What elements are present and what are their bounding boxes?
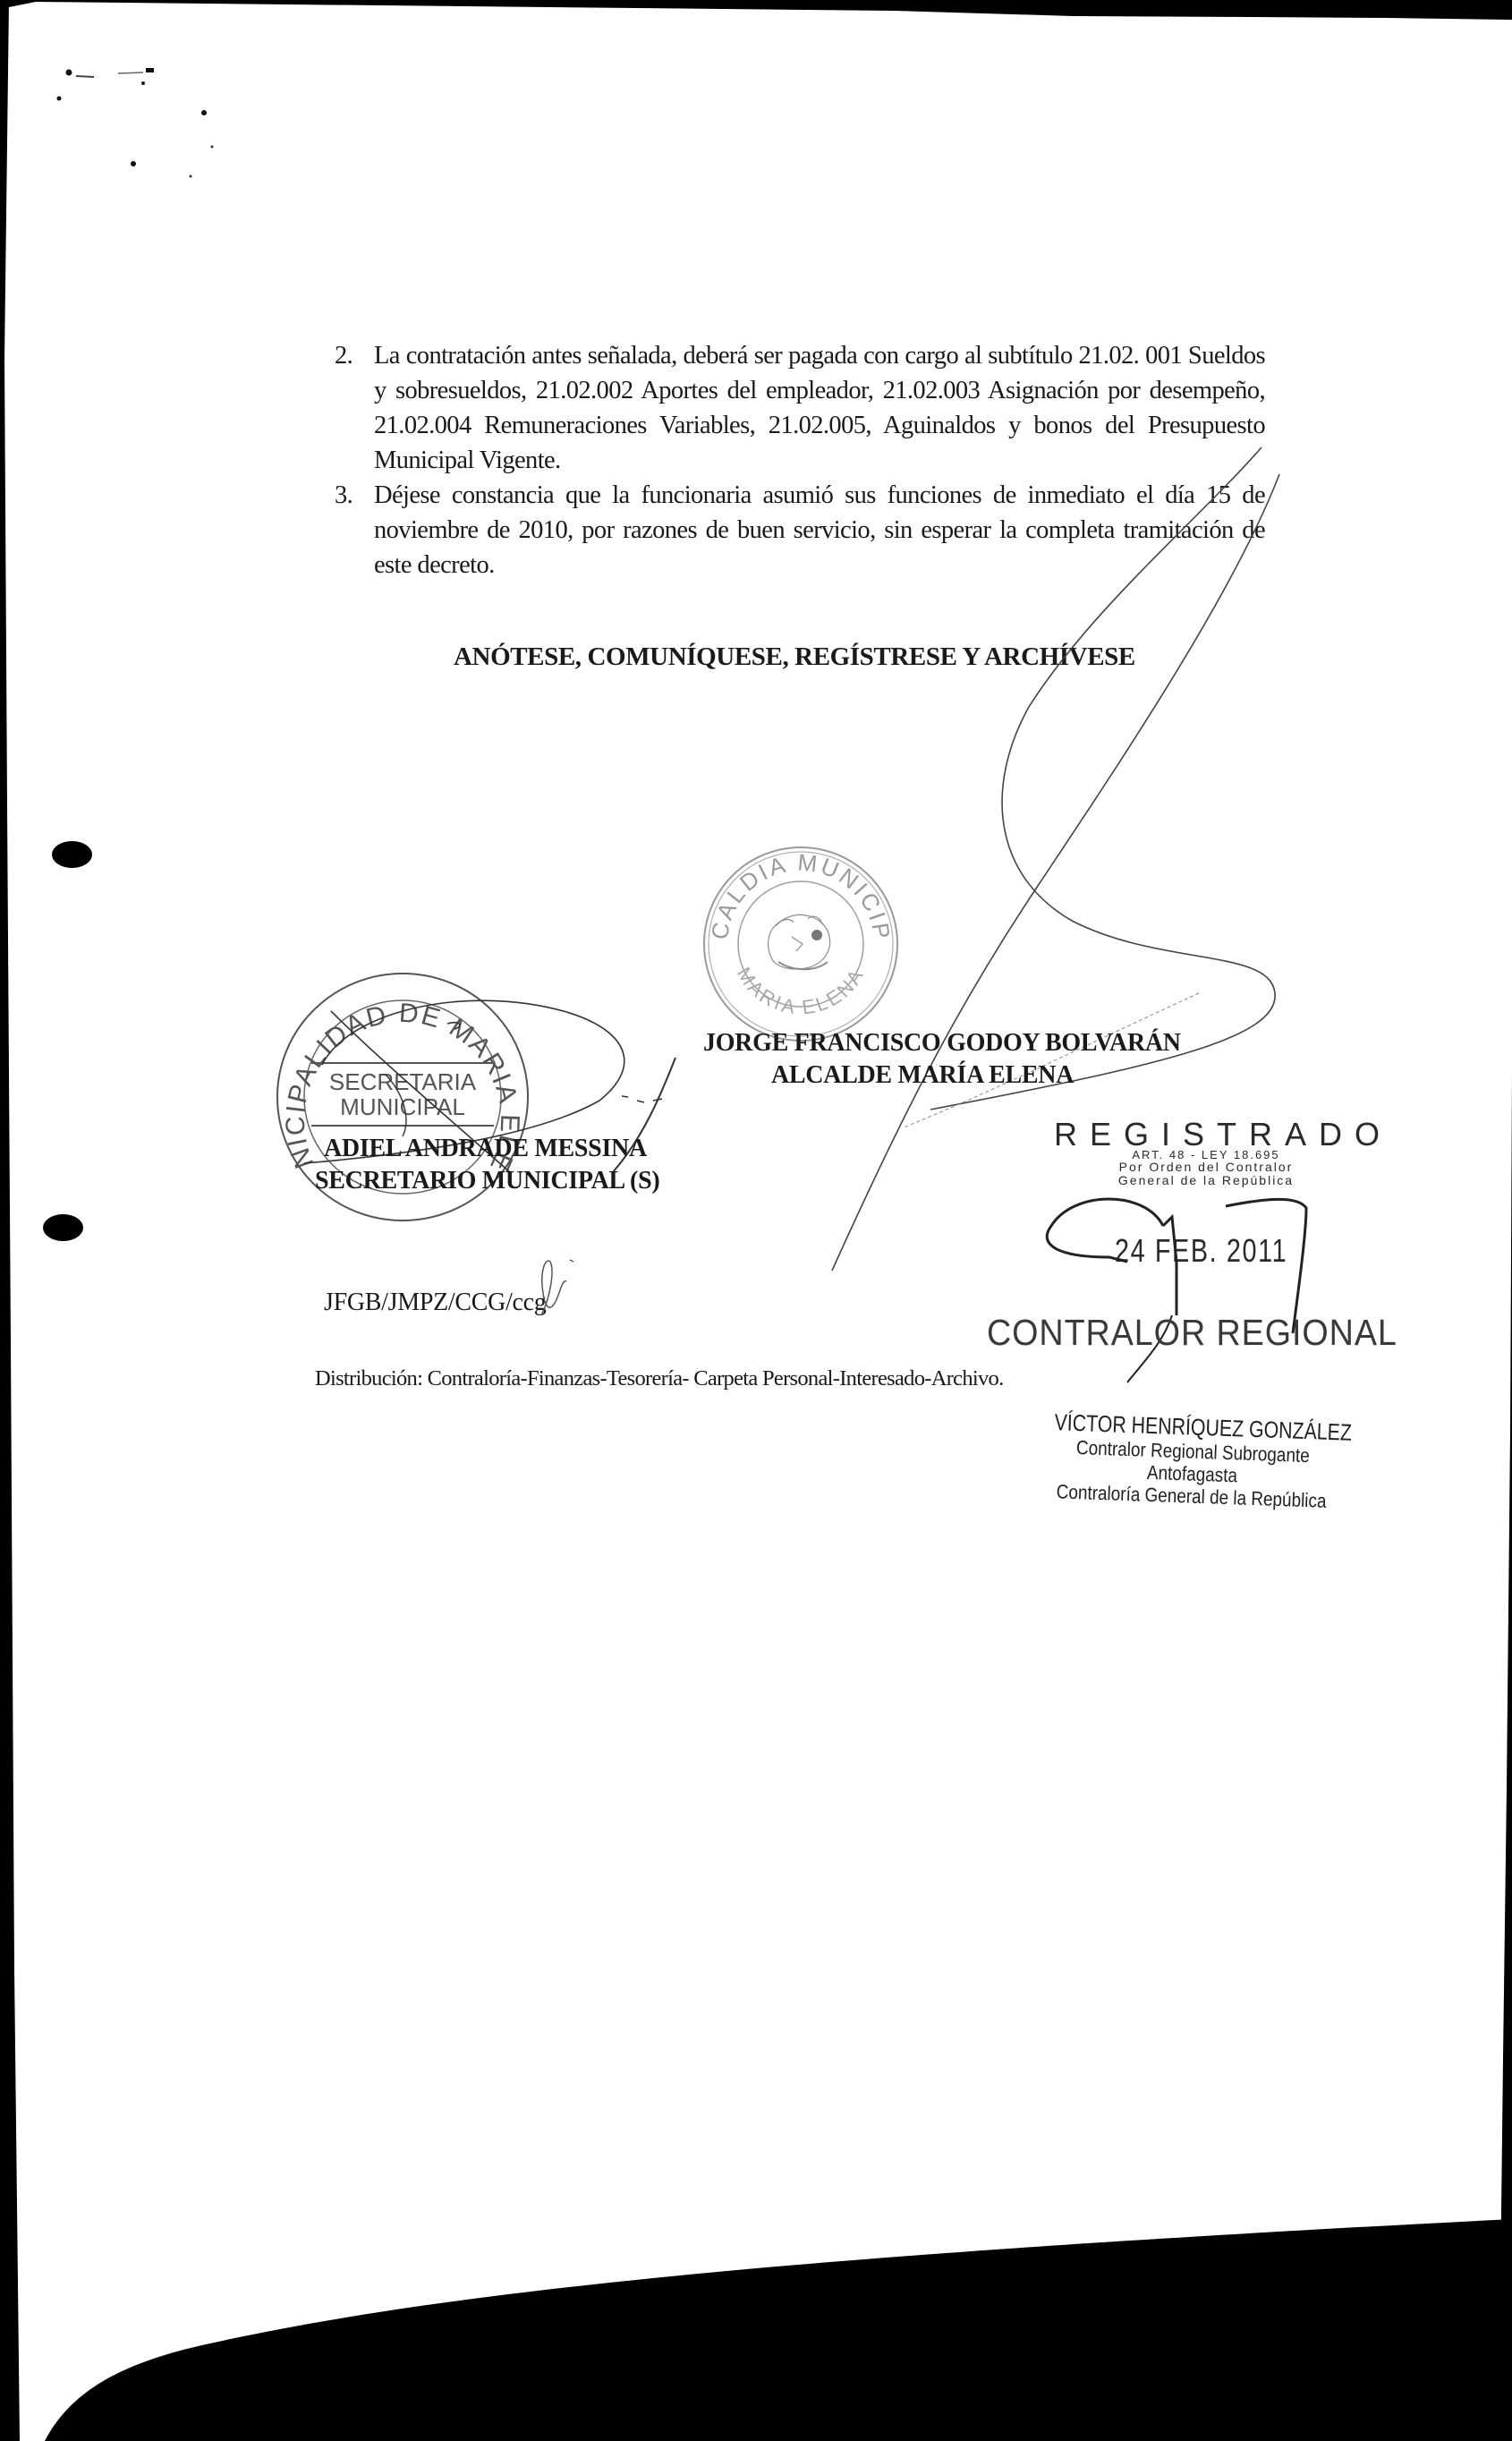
punch-hole: [43, 1214, 83, 1241]
initials-signature: [523, 1253, 586, 1324]
scan-marks: [0, 0, 286, 197]
mayor-signature-block: JORGE FRANCISCO GODOY BOLVARÁN ALCALDE M…: [703, 1029, 1240, 1090]
secretary-role: SECRETARIO MUNICIPAL (S): [315, 1167, 659, 1195]
item-number: 2.: [335, 338, 353, 373]
mayor-role: ALCALDE MARÍA ELENA: [771, 1061, 1240, 1090]
mayor-name: JORGE FRANCISCO GODOY BOLVARÁN: [703, 1029, 1240, 1058]
secretary-name: ADIEL ANDRADE MESSINA: [324, 1135, 659, 1163]
registrado-order-1: Por Orden del Contralor: [1054, 1161, 1358, 1174]
distribution-list: Distribución: Contraloría-Finanzas-Tesor…: [315, 1366, 1004, 1391]
registrado-stamp: REGISTRADO ART. 48 - LEY 18.695 Por Orde…: [1054, 1118, 1358, 1187]
contralor-regional-stamp: CONTRALOR REGIONAL: [987, 1312, 1397, 1354]
registrado-title: REGISTRADO: [1054, 1118, 1358, 1151]
item-number: 3.: [335, 478, 353, 513]
registrado-order-2: General de la República: [1054, 1174, 1358, 1187]
contralor-official-stamp: VÍCTOR HENRÍQUEZ GONZÁLEZ Contralor Regi…: [1021, 1408, 1363, 1513]
contralor-signature: [1038, 1190, 1342, 1396]
punch-hole: [52, 841, 92, 868]
document-page: 2. La contratación antes señalada, deber…: [0, 0, 1512, 2441]
secretary-signature-block: ADIEL ANDRADE MESSINA SECRETARIO MUNICIP…: [315, 1135, 659, 1195]
reference-initials: JFGB/JMPZ/CCG/ccg: [324, 1289, 547, 1317]
